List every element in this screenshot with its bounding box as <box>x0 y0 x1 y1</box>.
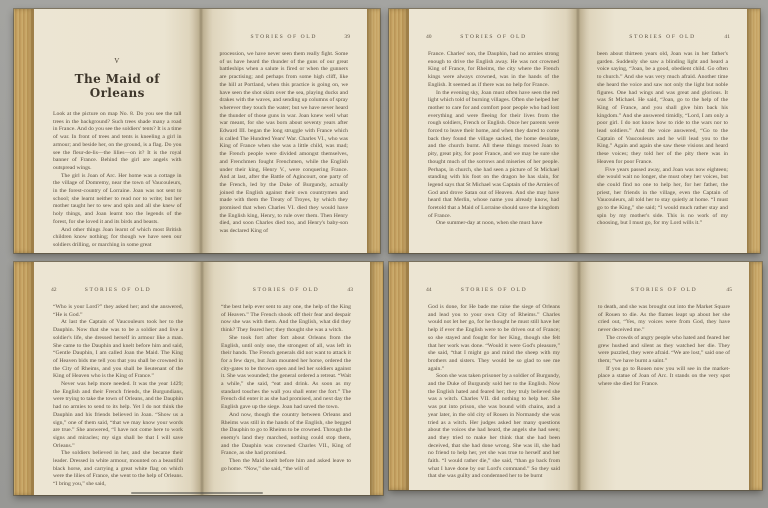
paragraph: In the evening sky, Joan must often have… <box>428 90 559 221</box>
page-edges-right <box>749 262 762 490</box>
page-40: 40 STORIES OF OLD France. Charles' son, … <box>409 9 578 253</box>
page-41: STORIES OF OLD 41 been about thirteen ye… <box>578 9 747 253</box>
page-edges-left <box>14 9 34 253</box>
paragraph: And now, though the country between Orle… <box>221 412 351 458</box>
running-title: STORIES OF OLD <box>631 287 697 293</box>
folio-number: 41 <box>724 34 730 40</box>
book-spread-3: 42 STORIES OF OLD “Who is your Lord?” th… <box>14 262 383 495</box>
page-edges-right <box>747 9 760 253</box>
paragraph: The soldiers believed in her, and she be… <box>53 450 183 489</box>
folio-number: 44 <box>426 287 432 293</box>
paragraph: Look at the picture on map No. 8. Do you… <box>53 111 182 173</box>
paragraph: Then the Maid knelt before him and asked… <box>221 458 351 473</box>
folio-number: 45 <box>726 287 732 293</box>
paragraph: The crowds of angry people who hated and… <box>598 335 730 366</box>
paragraph: God is done, for He bade me raise the si… <box>428 304 560 373</box>
chapter-number: V <box>53 57 182 65</box>
book-spread-2: 40 STORIES OF OLD France. Charles' son, … <box>389 9 760 253</box>
paragraph: to death, and she was brought out into t… <box>598 304 730 335</box>
paragraph: One summer-day at noon, when she must ha… <box>428 220 559 228</box>
paragraph: Never was help more needed. It was the y… <box>53 381 183 450</box>
folio-number: 42 <box>51 287 57 293</box>
page-39: STORIES OF OLD 39 procession, we have ne… <box>201 9 368 253</box>
folio-number: 39 <box>344 34 350 40</box>
page-edges-left <box>14 262 34 495</box>
paragraph: Soon she was taken prisoner by a soldier… <box>428 373 560 481</box>
chapter-title: The Maid of Orleans <box>53 72 182 100</box>
book-spread-1: V The Maid of Orleans Look at the pictur… <box>14 9 380 253</box>
paragraph: “the best help ever sent to any one, the… <box>221 304 351 335</box>
page-45: STORIES OF OLD 45 to death, and she was … <box>579 262 749 490</box>
running-title: STORIES OF OLD <box>461 287 527 293</box>
running-title: STORIES OF OLD <box>251 34 317 40</box>
paragraph: She took fort after fort about Orleans f… <box>221 335 351 412</box>
page-edges-left <box>389 262 409 490</box>
plate-of-book-spreads: V The Maid of Orleans Look at the pictur… <box>0 0 768 508</box>
paragraph: The girl is Joan of Arc. Her home was a … <box>53 173 182 227</box>
paragraph: At last the Captain of Vaucouleurs took … <box>53 319 183 381</box>
paragraph: “Who is your Lord?” they asked her; and … <box>53 304 183 319</box>
plate-caption-smudge <box>131 492 263 494</box>
page-42: 42 STORIES OF OLD “Who is your Lord?” th… <box>34 262 202 495</box>
paragraph: And other things Joan learnt of which mo… <box>53 227 182 250</box>
folio-number: 43 <box>347 287 353 293</box>
page-edges-right <box>370 262 383 495</box>
paragraph: Five years passed away, and Joan was now… <box>597 167 728 229</box>
running-title: STORIES OF OLD <box>253 287 319 293</box>
running-title: STORIES OF OLD <box>629 34 695 40</box>
page-edges-left <box>389 9 409 253</box>
page-38: V The Maid of Orleans Look at the pictur… <box>34 9 201 253</box>
page-44: 44 STORIES OF OLD God is done, for He ba… <box>409 262 579 490</box>
page-43: STORIES OF OLD 43 “the best help ever se… <box>202 262 370 495</box>
running-title: STORIES OF OLD <box>85 287 151 293</box>
paragraph: procession, we have never seen them real… <box>220 51 349 236</box>
running-title: STORIES OF OLD <box>460 34 526 40</box>
book-spread-4: 44 STORIES OF OLD God is done, for He ba… <box>389 262 762 490</box>
paragraph: If you go to Rouen now you will see in t… <box>598 366 730 389</box>
page-edges-right <box>367 9 380 253</box>
folio-number: 40 <box>426 34 432 40</box>
paragraph: France. Charles' son, the Dauphin, had n… <box>428 51 559 90</box>
paragraph: been about thirteen years old, Joan was … <box>597 51 728 167</box>
